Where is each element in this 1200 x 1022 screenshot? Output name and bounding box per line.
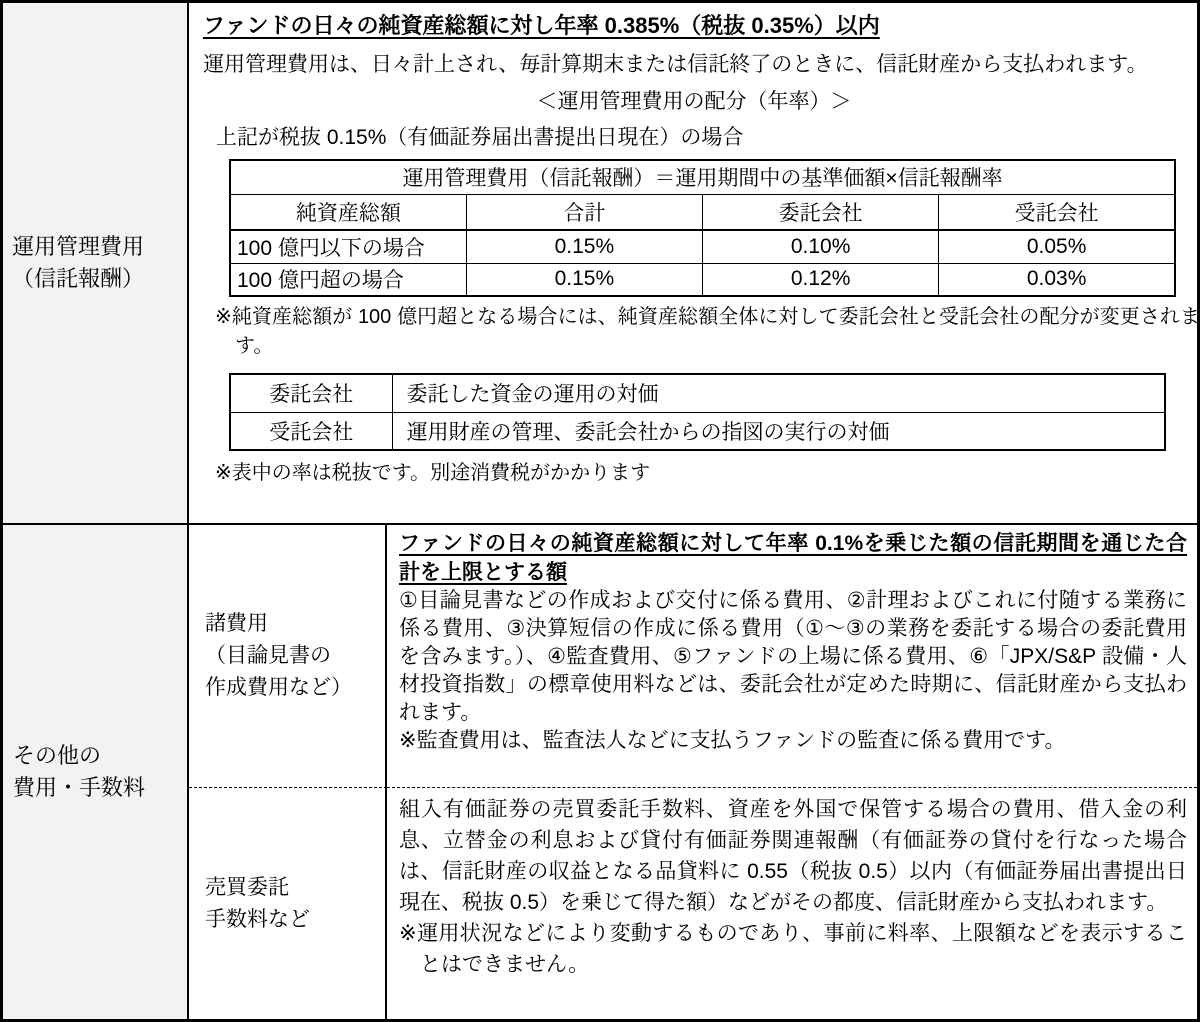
- fee-cell-total: 0.15%: [466, 230, 702, 263]
- fee-table-header-trustee: 受託会社: [939, 194, 1175, 230]
- company-role-table: 委託会社 委託した資金の運用の対価 受託会社 運用財産の管理、委託会社からの指図…: [229, 373, 1166, 451]
- role-row-trustee: 受託会社 運用財産の管理、委託会社からの指図の実行の対価: [230, 412, 1165, 450]
- management-fee-content: ファンドの日々の純資産総額に対し年率 0.385%（税抜 0.35%）以内 運用…: [189, 3, 1197, 523]
- fund-fee-table: 運用管理費用 （信託報酬） ファンドの日々の純資産総額に対し年率 0.385%（…: [0, 0, 1200, 1022]
- tax-exclusive-note: ※表中の率は税抜です。別途消費税がかかります: [215, 459, 1185, 487]
- fee-table-row-under-10b: 100 億円以下の場合 0.15% 0.10% 0.05%: [230, 230, 1175, 263]
- role-row-manager: 委託会社 委託した資金の運用の対価: [230, 374, 1165, 412]
- fee-cell-trustee: 0.03%: [939, 263, 1175, 296]
- brokerage-fees-content: 組入有価証券の売買委託手数料、資産を外国で保管する場合の費用、借入金の利息、立替…: [387, 788, 1197, 1019]
- fee-table-header-nav: 純資産総額: [230, 194, 466, 230]
- misc-costs-content: ファンドの日々の純資産総額に対して年率 0.1%を乗じた額の信託期間を通じた合計…: [387, 525, 1197, 788]
- fee-table-title: 運用管理費用（信託報酬）＝運用期間中の基準価額×信託報酬率: [230, 160, 1175, 194]
- fee-table-header-row: 純資産総額 合計 委託会社 受託会社: [230, 194, 1175, 230]
- fee-cell-total: 0.15%: [466, 263, 702, 296]
- fee-cell-condition: 100 億円以下の場合: [230, 230, 466, 263]
- management-fee-intro: 運用管理費用は、日々計上され、毎計算期末または信託終了のときに、信託財産から支払…: [203, 49, 1185, 81]
- other-fees-content: 諸費用 （目論見書の 作成費用など） ファンドの日々の純資産総額に対して年率 0…: [189, 525, 1197, 1019]
- variable-rate-note: ※運用状況などにより変動するものであり、事前に料率、上限額などを表示することはで…: [399, 918, 1187, 980]
- brokerage-fees-body: 組入有価証券の売買委託手数料、資産を外国で保管する場合の費用、借入金の利息、立替…: [399, 794, 1187, 918]
- misc-costs-cap-heading: ファンドの日々の純資産総額に対して年率 0.1%を乗じた額の信託期間を通じた合計…: [399, 529, 1187, 587]
- fee-cell-manager: 0.10%: [703, 230, 939, 263]
- other-fees-row-label: その他の 費用・手数料: [3, 525, 189, 1019]
- allocation-change-note: ※純資産総額が 100 億円超となる場合には、純資産総額全体に対して委託会社と受…: [215, 303, 1197, 361]
- role-label-manager: 委託会社: [230, 374, 392, 412]
- fee-table-row-over-10b: 100 億円超の場合 0.15% 0.12% 0.03%: [230, 263, 1175, 296]
- role-label-trustee: 受託会社: [230, 412, 392, 450]
- management-fee-row-label: 運用管理費用 （信託報酬）: [3, 3, 189, 523]
- role-desc-trustee: 運用財産の管理、委託会社からの指図の実行の対価: [392, 412, 1165, 450]
- role-desc-manager: 委託した資金の運用の対価: [392, 374, 1165, 412]
- misc-costs-label: 諸費用 （目論見書の 作成費用など）: [189, 525, 387, 788]
- fee-cell-condition: 100 億円超の場合: [230, 263, 466, 296]
- fee-cell-manager: 0.12%: [703, 263, 939, 296]
- other-fees-row: その他の 費用・手数料 諸費用 （目論見書の 作成費用など） ファンドの日々の純…: [3, 525, 1197, 1019]
- fee-table-header-total: 合計: [466, 194, 702, 230]
- fee-breakdown-table: 運用管理費用（信託報酬）＝運用期間中の基準価額×信託報酬率 純資産総額 合計 委…: [229, 159, 1176, 297]
- allocation-title: ＜運用管理費用の配分（年率）＞: [203, 87, 1185, 117]
- allocation-condition: 上記が税抜 0.15%（有価証券届出書提出日現在）の場合: [203, 123, 1185, 153]
- fee-table-title-row: 運用管理費用（信託報酬）＝運用期間中の基準価額×信託報酬率: [230, 160, 1175, 194]
- brokerage-fees-label: 売買委託 手数料など: [189, 788, 387, 1019]
- misc-costs-body: ①目論見書などの作成および交付に係る費用、②計理およびこれに付随する業務に係る費…: [399, 587, 1187, 727]
- audit-fee-note: ※監査費用は、監査法人などに支払うファンドの監査に係る費用です。: [399, 727, 1187, 755]
- fee-cell-trustee: 0.05%: [939, 230, 1175, 263]
- management-fee-rate-heading: ファンドの日々の純資産総額に対し年率 0.385%（税抜 0.35%）以内: [203, 11, 1185, 41]
- management-fee-row: 運用管理費用 （信託報酬） ファンドの日々の純資産総額に対し年率 0.385%（…: [3, 3, 1197, 525]
- fee-table-header-manager: 委託会社: [703, 194, 939, 230]
